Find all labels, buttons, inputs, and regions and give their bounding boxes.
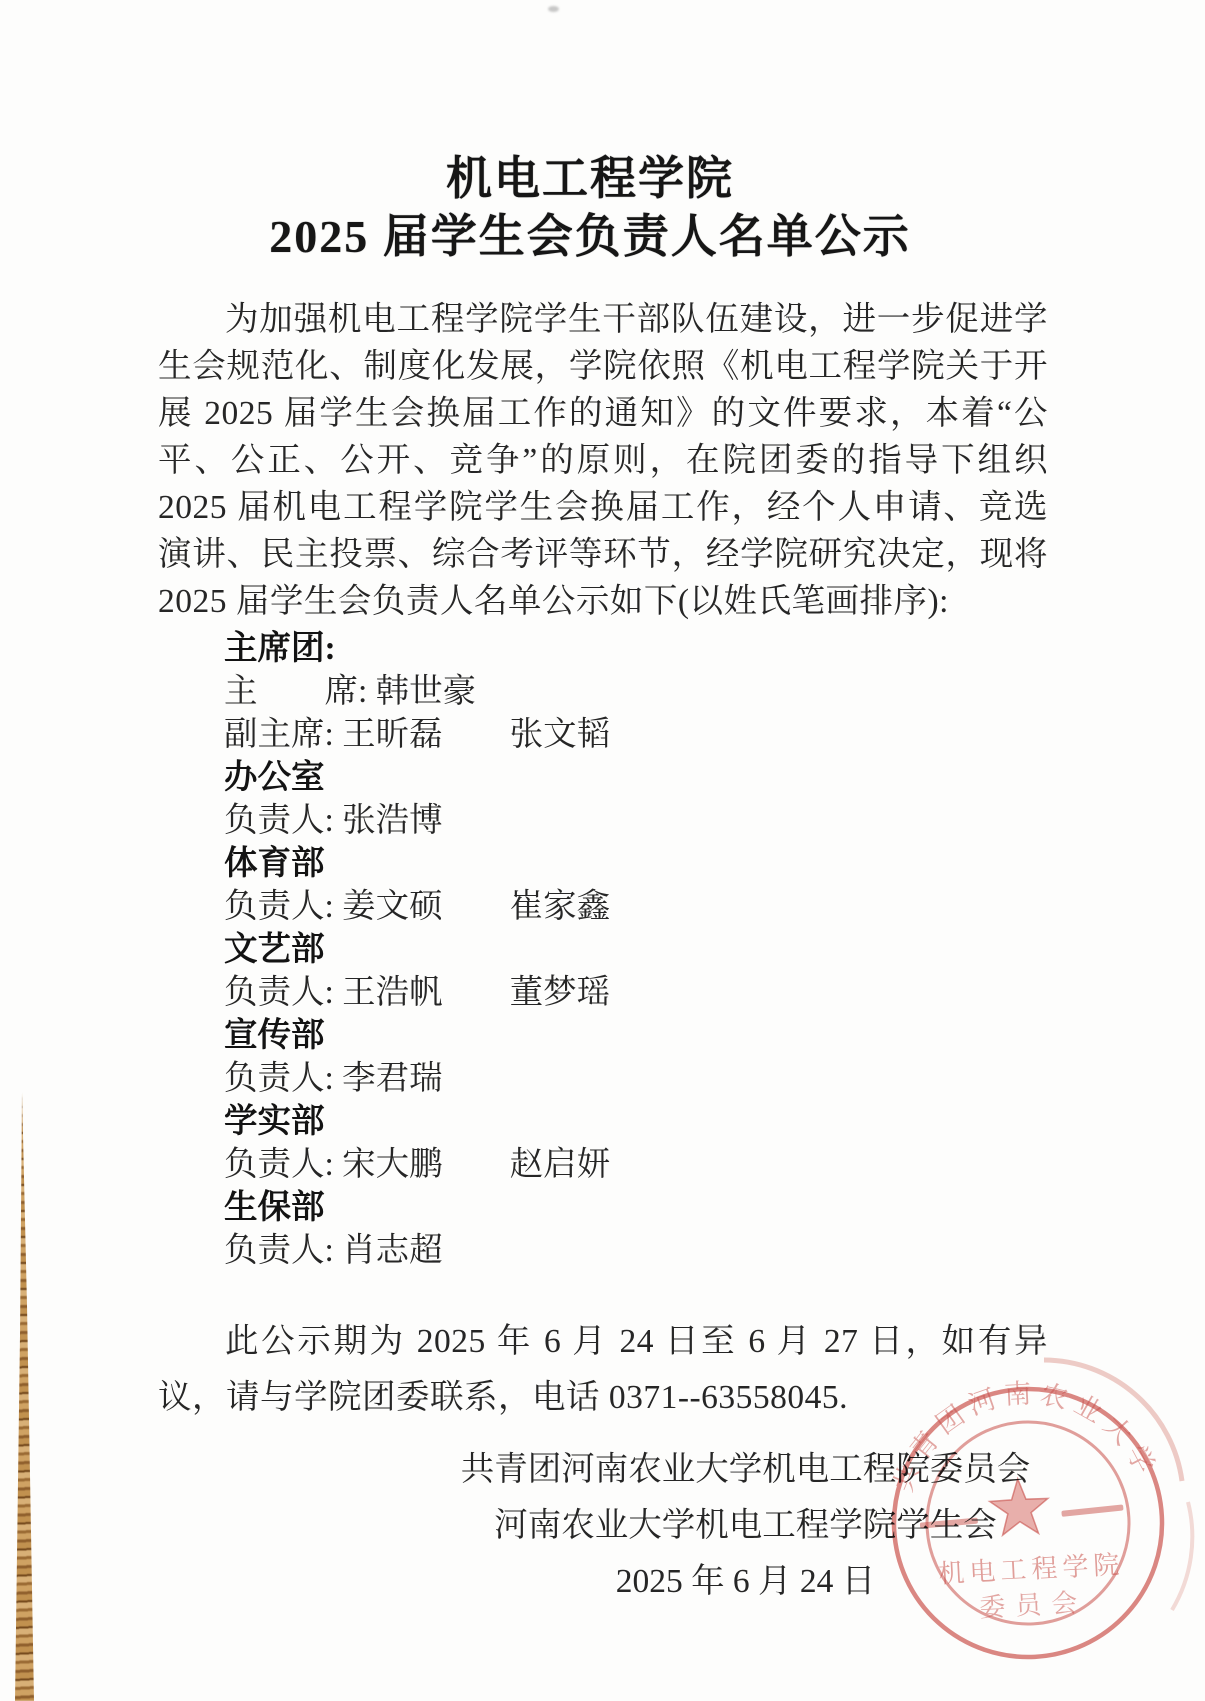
roster-entry-president: 主 席: 韩世豪 [224,670,1048,713]
roster-entry-study: 负责人: 宋大鹏 赵启妍 [224,1143,1048,1186]
roster-heading-sports: 体育部 [224,842,1048,885]
signature-line-league-committee: 共青团河南农业大学机电工程院委员会 [453,1442,1038,1498]
roster-entry-arts: 负责人: 王浩帆 董梦瑶 [224,971,1048,1014]
roster-heading-arts: 文艺部 [224,928,1048,971]
scan-artifact-dot [548,6,559,12]
seal-ghost-impression [1044,1360,1192,1610]
roster-entry-vice-president: 副主席: 王昕磊 张文韬 [224,713,1048,756]
roster-list: 主席团: 主 席: 韩世豪 副主席: 王昕磊 张文韬 办公室 负责人: 张浩博 … [224,627,1048,1272]
signature-block: 共青团河南农业大学机电工程院委员会 河南农业大学机电工程学院学生会 2025 年… [453,1442,1038,1610]
desk-wood-edge [0,1092,42,1701]
roster-entry-life: 负责人: 肖志超 [224,1229,1048,1272]
seal-right-bar [1061,1504,1123,1516]
signature-line-date: 2025 年 6 月 24 日 [453,1554,1038,1610]
signature-line-student-union: 河南农业大学机电工程学院学生会 [453,1498,1038,1554]
roster-heading-presidium: 主席团: [224,627,1048,670]
roster-heading-study: 学实部 [224,1100,1048,1143]
title-line-2: 2025 届学生会负责人名单公示 [158,208,1022,266]
roster-heading-office: 办公室 [224,756,1048,799]
roster-heading-life: 生保部 [224,1186,1048,1229]
closing-paragraph: 此公示期为 2025 年 6 月 24 日至 6 月 27 日，如有异议，请与学… [158,1314,1048,1426]
scanned-document-page: 机电工程学院 2025 届学生会负责人名单公示 为加强机电工程学院学生干部队伍建… [0,0,1205,1701]
document-title: 机电工程学院 2025 届学生会负责人名单公示 [158,150,1048,266]
document-body: 机电工程学院 2025 届学生会负责人名单公示 为加强机电工程学院学生干部队伍建… [158,150,1048,1610]
title-line-1: 机电工程学院 [158,150,1022,208]
intro-paragraph: 为加强机电工程学院学生干部队伍建设，进一步促进学生会规范化、制度化发展，学院依照… [158,296,1048,625]
roster-entry-office: 负责人: 张浩博 [224,799,1048,842]
roster-entry-sports: 负责人: 姜文硕 崔家鑫 [224,885,1048,928]
roster-heading-publicity: 宣传部 [224,1014,1048,1057]
roster-entry-publicity: 负责人: 李君瑞 [224,1057,1048,1100]
